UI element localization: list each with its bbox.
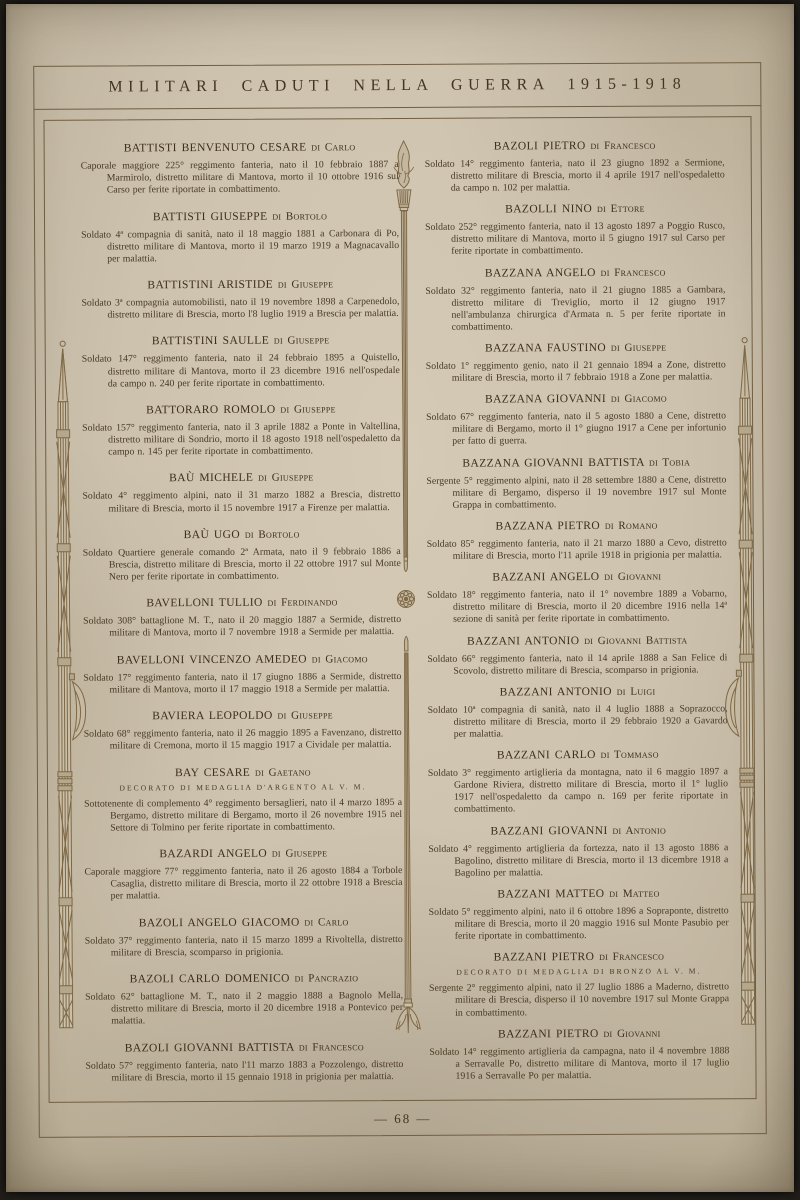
father-name: di Carlo [304, 916, 348, 928]
father-name: di Giuseppe [611, 342, 667, 354]
soldier-name-heading: BAZOLI CARLO DOMENICO di Pancrazio [85, 972, 403, 986]
soldier-name-heading: BAY CESARE di Gaetano [84, 766, 402, 780]
father-name: di Francesco [299, 1041, 364, 1053]
soldier-name: BAVELLONI VINCENZO AMEDEO [117, 653, 312, 666]
soldier-record-text: Sergente 2° reggimento alpini, nato il 2… [429, 982, 729, 1020]
soldier-name: BAZZANI MATTEO [497, 888, 609, 901]
soldier-name-heading: BAZOLI GIOVANNI BATTISTA di Francesco [85, 1041, 403, 1055]
soldier-entry: BAÙ UGO di Bortolo Soldato Quartiere gen… [83, 528, 401, 584]
father-name: di Giovanni Battista [584, 634, 687, 647]
soldier-name: BAZOLI PIETRO [494, 140, 591, 153]
father-name: di Giuseppe [280, 403, 336, 415]
soldier-name-heading: BAZZANI MATTEO di Matteo [429, 887, 729, 901]
soldier-name: BAÙ MICHELE [169, 472, 258, 484]
soldier-name-heading: BAZZANI PIETRO di Giovanni [429, 1027, 729, 1041]
soldier-entry: BAZZANI CARLO di Tommaso Soldato 3° regg… [428, 749, 728, 817]
soldier-record-text: Soldato 37° reggimento fanteria, nato il… [85, 934, 403, 960]
soldier-record-text: Soldato 3ª compagnia automobilisti, nato… [81, 296, 399, 322]
father-name: di Francesco [590, 140, 655, 152]
soldier-entry: BAZZANI MATTEO di Matteo Soldato 5° regg… [429, 887, 729, 943]
father-name: di Giuseppe [272, 848, 328, 860]
soldier-name-heading: BAZZANI GIOVANNI di Antonio [428, 824, 728, 838]
soldier-name: BATTORARO ROMOLO [146, 404, 280, 417]
soldier-name-heading: BAZOLI ANGELO GIACOMO di Carlo [85, 916, 403, 930]
soldier-name-heading: BATTISTI GIUSEPPE di Bortolo [81, 210, 399, 224]
soldier-name: BAZZANA FAUSTINO [485, 342, 611, 355]
soldier-name: BAZOLLI NINO [505, 203, 597, 215]
soldier-record-text: Sergente 5° reggimento alpini, nato il 2… [426, 474, 726, 512]
father-name: di Giuseppe [278, 278, 334, 290]
soldier-entry: BATTISTINI ARISTIDE di Giuseppe Soldato … [81, 278, 399, 322]
father-name: di Francesco [601, 266, 666, 278]
father-name: di Giuseppe [274, 335, 330, 347]
soldier-entry: BATTISTI GIUSEPPE di Bortolo Soldato 4ª … [81, 210, 399, 266]
soldier-name: BAZZANI PIETRO [494, 951, 600, 964]
soldier-name-heading: BATTORARO ROMOLO di Giuseppe [82, 403, 400, 417]
soldier-name: BAZOLI GIOVANNI BATTISTA [125, 1041, 299, 1054]
soldier-entry: BAVELLONI VINCENZO AMEDEO di Giacomo Sol… [83, 653, 401, 697]
soldier-name-heading: BATTISTINI ARISTIDE di Giuseppe [81, 278, 399, 292]
soldier-name-heading: BAZZANA PIETRO di Romano [427, 519, 727, 533]
soldier-entry: BATTORARO ROMOLO di Giuseppe Soldato 157… [82, 403, 400, 459]
soldier-entry: BAZZANI ANTONIO di Luigi Soldato 10ª com… [427, 685, 727, 741]
soldier-record-text: Soldato 68° reggimento fanteria, nato il… [84, 727, 402, 753]
soldier-name-heading: BATTISTINI SAULLE di Giuseppe [82, 334, 400, 348]
upper-shaft [401, 211, 408, 572]
father-name: di Giacomo [312, 653, 368, 665]
soldier-name: BAZZANI GIOVANNI [490, 825, 612, 838]
soldier-record-text: Soldato 4° reggimento artiglieria da for… [428, 842, 728, 880]
father-name: di Giuseppe [277, 710, 333, 722]
soldier-name-heading: BAZZANI ANTONIO di Luigi [427, 685, 727, 699]
soldier-name: BAY CESARE [175, 767, 255, 779]
soldier-entry: BAZZANA GIOVANNI di Giacomo Soldato 67° … [426, 393, 726, 449]
soldier-record-text: Soldato 157° reggimento fanteria, nato i… [82, 421, 400, 459]
father-name: di Ferdinando [267, 597, 337, 609]
soldier-record-text: Soldato 4ª compagnia di sanità, nato il … [81, 227, 399, 265]
soldier-entry: BAZARDI ANGELO di Giuseppe Caporale magg… [84, 847, 402, 903]
soldier-entry: BATTISTI BENVENUTO CESARE di Carlo Capor… [81, 141, 399, 197]
soldier-name-heading: BAÙ UGO di Bortolo [83, 528, 401, 542]
soldier-record-text: Soldato 3° reggimento artiglieria da mon… [428, 767, 728, 817]
soldier-name-heading: BAZOLI PIETRO di Francesco [425, 139, 725, 153]
soldier-entry: BAY CESARE di Gaetano DECORATO DI MEDAGL… [84, 766, 402, 835]
soldier-name: BATTISTI BENVENUTO CESARE [124, 141, 312, 154]
soldier-name: BAZZANA GIOVANNI BATTISTA [462, 456, 649, 469]
soldier-name: BAZZANI PIETRO [498, 1028, 604, 1041]
soldier-entry: BAZZANA GIOVANNI BATTISTA di Tobia Serge… [426, 456, 726, 512]
soldier-name: BAZZANA PIETRO [495, 520, 604, 533]
soldier-name-heading: BAZZANI ANTONIO di Giovanni Battista [427, 634, 727, 648]
soldier-record-text: Soldato 18° reggimento fanteria, nato il… [427, 589, 727, 627]
soldier-name: BAZZANI ANTONIO [500, 686, 617, 699]
father-name: di Bortolo [272, 210, 327, 222]
father-name: di Giovanni [603, 1027, 660, 1039]
soldier-name: BATTISTINI ARISTIDE [147, 279, 278, 292]
soldier-name: BAVELLONI TULLIO [146, 597, 267, 610]
soldier-record-text: Soldato 85° reggimento fanteria, nato il… [427, 537, 727, 563]
soldier-record-text: Sottotenente di complemento 4° reggiment… [84, 797, 402, 835]
decoration-note: DECORATO DI MEDAGLIA DI BRONZO AL V. M. [429, 967, 729, 978]
page-number: — 68 — [374, 1110, 432, 1126]
page-content: MILITARI CADUTI NELLA GUERRA 1915-1918 [3, 2, 797, 1194]
soldier-entry: BAÙ MICHELE di Giuseppe Soldato 4° reggi… [82, 471, 400, 515]
soldier-name-heading: BAZZANA GIOVANNI di Giacomo [426, 393, 726, 407]
soldier-record-text: Soldato 252° reggimento fanteria, nato i… [425, 221, 725, 259]
soldier-name: BAZOLI CARLO DOMENICO [130, 973, 295, 986]
soldier-name-heading: BAZZANA GIOVANNI BATTISTA di Tobia [426, 456, 726, 470]
soldier-name-heading: BAZZANI CARLO di Tommaso [428, 749, 728, 763]
soldier-record-text: Soldato 147° reggimento fanteria, nato i… [82, 352, 400, 390]
left-column: BATTISTI BENVENUTO CESARE di Carlo Capor… [81, 141, 404, 1085]
decoration-note: DECORATO DI MEDAGLIA D'ARGENTO AL V. M. [84, 782, 402, 793]
soldier-entry: BAZOLI ANGELO GIACOMO di Carlo Soldato 3… [85, 916, 403, 960]
soldier-entry: BAVELLONI TULLIO di Ferdinando Soldato 3… [83, 596, 401, 640]
soldier-record-text: Soldato 57° reggimento fanteria, nato l'… [85, 1059, 403, 1085]
soldier-record-text: Soldato 4° reggimento alpini, nato il 31… [82, 489, 400, 515]
father-name: di Tommaso [601, 749, 659, 761]
soldier-name: BAZZANA GIOVANNI [485, 393, 611, 406]
father-name: di Antonio [612, 824, 666, 836]
soldier-name-heading: BAÙ MICHELE di Giuseppe [82, 471, 400, 485]
soldier-name-heading: BATTISTI BENVENUTO CESARE di Carlo [81, 141, 399, 155]
soldier-name-heading: BAVELLONI VINCENZO AMEDEO di Giacomo [83, 653, 401, 667]
scanned-page: MILITARI CADUTI NELLA GUERRA 1915-1918 [6, 4, 794, 1192]
title-band: MILITARI CADUTI NELLA GUERRA 1915-1918 [33, 62, 761, 110]
soldier-name: BAZZANI ANGELO [492, 571, 604, 584]
father-name: di Luigi [617, 686, 656, 698]
soldier-entry: BAZZANA ANGELO di Francesco Soldato 32° … [425, 266, 725, 334]
father-name: di Tobia [649, 456, 690, 468]
father-name: di Pancrazio [295, 972, 359, 984]
soldier-name: BATTISTINI SAULLE [152, 335, 274, 348]
soldier-name-heading: BAVIERA LEOPOLDO di Giuseppe [84, 709, 402, 723]
soldier-record-text: Soldato 17° reggimento fanteria, nato il… [83, 671, 401, 697]
page-title: MILITARI CADUTI NELLA GUERRA 1915-1918 [108, 75, 686, 96]
soldier-entry: BAZOLI GIOVANNI BATTISTA di Francesco So… [85, 1041, 403, 1085]
soldier-record-text: Soldato 14° reggimento fanteria, nato il… [425, 157, 725, 195]
soldier-name-heading: BAVELLONI TULLIO di Ferdinando [83, 596, 401, 610]
soldier-name: BAZZANI CARLO [497, 749, 601, 762]
soldier-name: BAZZANI ANTONIO [467, 635, 584, 648]
soldier-entry: BAZZANI PIETRO di Giovanni Soldato 14° r… [429, 1027, 729, 1083]
father-name: di Bortolo [245, 528, 300, 540]
soldier-entry: BAZZANI ANGELO di Giovanni Soldato 18° r… [427, 571, 727, 627]
father-name: di Carlo [311, 141, 355, 153]
soldier-record-text: Soldato 66° reggimento fanteria, nato il… [427, 652, 727, 678]
soldier-entry: BAZOLI CARLO DOMENICO di Pancrazio Solda… [85, 972, 403, 1028]
soldier-record-text: Soldato 1° reggimento genio, nato il 21 … [426, 359, 726, 385]
soldier-record-text: Soldato 10ª compagnia di sanità, nato il… [428, 703, 728, 741]
soldier-record-text: Soldato 32° reggimento fanteria, nato il… [425, 284, 725, 334]
soldier-name-heading: BAZZANA FAUSTINO di Giuseppe [426, 341, 726, 355]
soldier-name: BAZARDI ANGELO [159, 848, 272, 861]
soldier-name: BAVIERA LEOPOLDO [152, 710, 277, 723]
soldier-name-heading: BAZZANI PIETRO di Francesco [429, 951, 729, 965]
soldier-record-text: Soldato 14° reggimento artiglieria da ca… [429, 1045, 729, 1083]
torch-cup [397, 190, 411, 211]
soldier-entry: BAZOLLI NINO di Ettore Soldato 252° regg… [425, 203, 725, 259]
soldier-record-text: Soldato 67° reggimento fanteria, nato il… [426, 411, 726, 449]
soldier-record-text: Caporale maggiore 77° reggimento fanteri… [84, 865, 402, 903]
soldier-record-text: Caporale maggiore 225° reggimento fanter… [81, 159, 399, 197]
soldier-name: BAZZANA ANGELO [485, 267, 601, 280]
father-name: di Giovanni [604, 571, 661, 583]
father-name: di Giacomo [611, 393, 667, 405]
soldier-entry: BAZZANA PIETRO di Romano Soldato 85° reg… [427, 519, 727, 563]
soldier-entry: BAZZANA FAUSTINO di Giuseppe Soldato 1° … [426, 341, 726, 385]
soldier-entry: BAZZANI PIETRO di Francesco DECORATO DI … [429, 951, 729, 1020]
father-name: di Francesco [599, 951, 664, 963]
father-name: di Gaetano [255, 766, 311, 778]
soldier-record-text: Soldato 62° battaglione M. T., nato il 2… [85, 990, 403, 1028]
soldier-entry: BAZZANI ANTONIO di Giovanni Battista Sol… [427, 634, 727, 678]
content-frame: BATTISTI BENVENUTO CESARE di Carlo Capor… [43, 116, 756, 1103]
father-name: di Giuseppe [258, 472, 314, 484]
soldier-entry: BATTISTINI SAULLE di Giuseppe Soldato 14… [82, 334, 400, 390]
soldier-name-heading: BAZARDI ANGELO di Giuseppe [84, 847, 402, 861]
father-name: di Matteo [609, 888, 660, 900]
soldier-name: BAÙ UGO [184, 529, 245, 541]
soldier-record-text: Soldato 308° battaglione M. T., nato il … [83, 614, 401, 640]
soldier-name: BATTISTI GIUSEPPE [153, 210, 273, 223]
soldier-name-heading: BAZZANA ANGELO di Francesco [425, 266, 725, 280]
father-name: di Ettore [597, 203, 645, 215]
soldier-record-text: Soldato 5° reggimento alpini, nato il 6 … [429, 905, 729, 943]
soldier-name-heading: BAZOLLI NINO di Ettore [425, 203, 725, 217]
lower-shaft [403, 636, 410, 999]
father-name: di Romano [605, 520, 658, 532]
soldier-entry: BAVIERA LEOPOLDO di Giuseppe Soldato 68°… [84, 709, 402, 753]
soldier-entry: BAZZANI GIOVANNI di Antonio Soldato 4° r… [428, 824, 728, 880]
soldier-name: BAZOLI ANGELO GIACOMO [139, 916, 305, 929]
soldier-record-text: Soldato Quartiere generale comando 2ª Ar… [83, 546, 401, 584]
soldier-entry: BAZOLI PIETRO di Francesco Soldato 14° r… [425, 139, 725, 195]
right-column: BAZOLI PIETRO di Francesco Soldato 14° r… [425, 139, 730, 1083]
footer-band: — 68 — [39, 1099, 767, 1138]
soldier-name-heading: BAZZANI ANGELO di Giovanni [427, 571, 727, 585]
